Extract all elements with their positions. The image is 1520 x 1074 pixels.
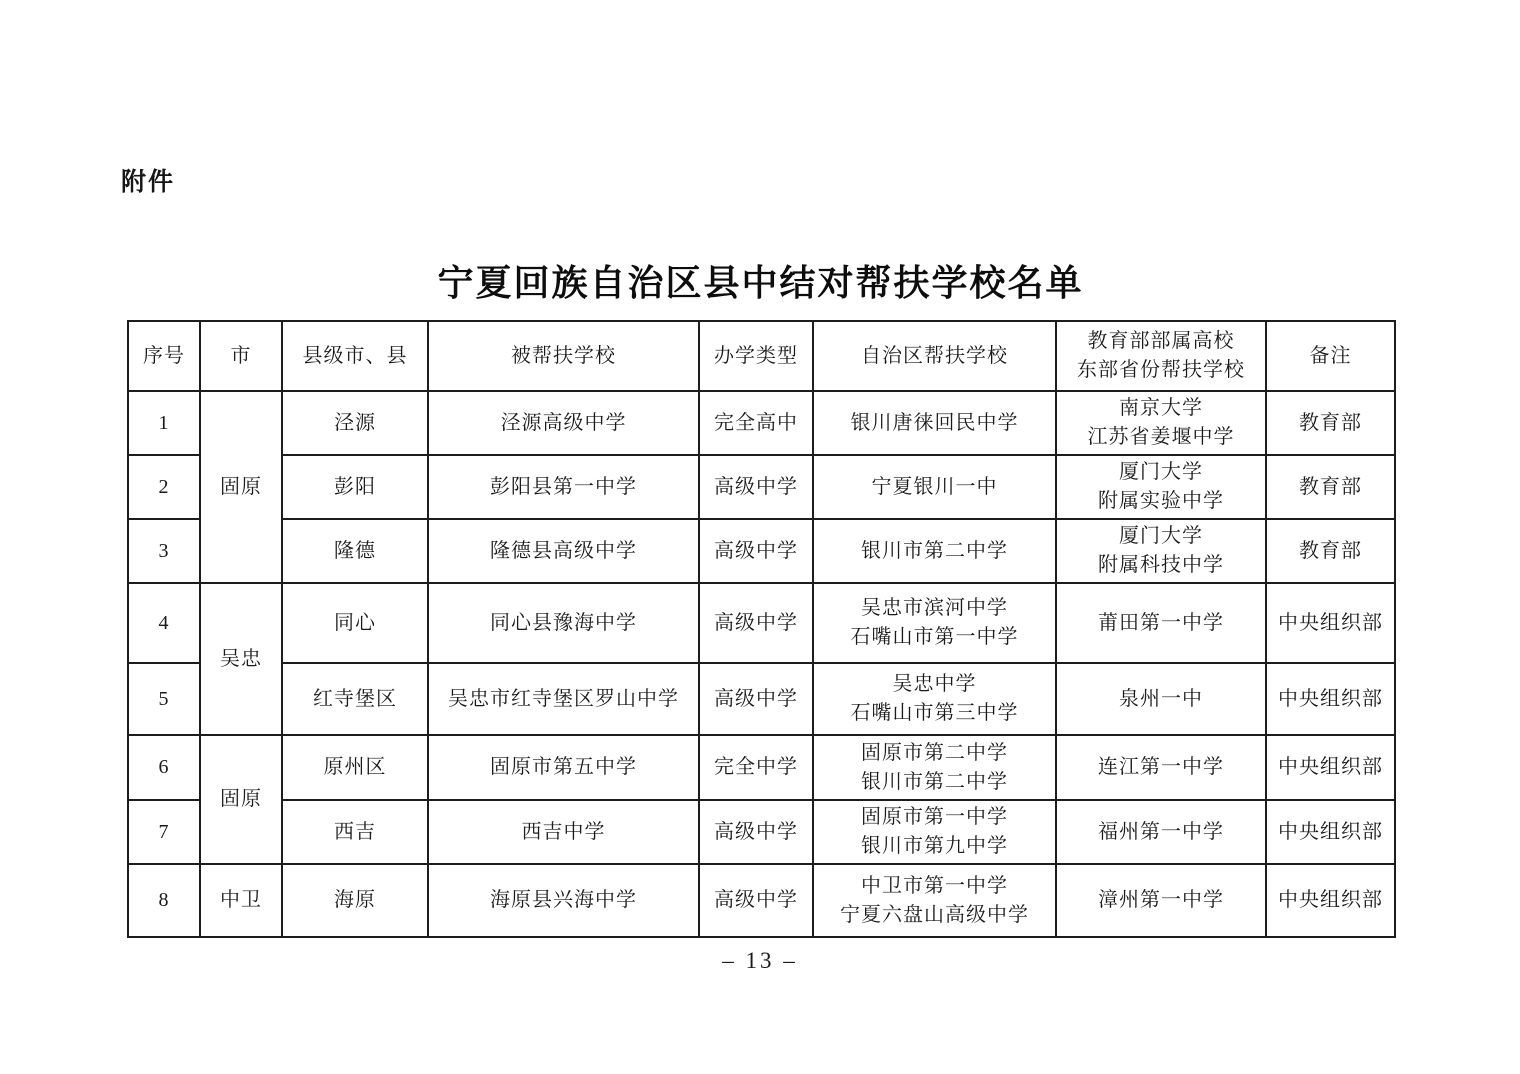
- cell-remark: 中央组织部: [1266, 663, 1395, 735]
- cell-city: 中卫: [200, 864, 282, 937]
- cell-county: 海原: [282, 864, 428, 937]
- cell-moe-eastern-helper-school: 莆田第一中学: [1056, 583, 1266, 663]
- cell-assisted-school: 泾源高级中学: [428, 391, 699, 455]
- cell-county: 西吉: [282, 800, 428, 864]
- table-row: 2 彭阳 彭阳县第一中学 高级中学 宁夏银川一中 厦门大学 附属实验中学 教育部: [128, 455, 1395, 519]
- cell-serial-number: 5: [128, 663, 200, 735]
- cell-remark: 中央组织部: [1266, 583, 1395, 663]
- cell-serial-number: 2: [128, 455, 200, 519]
- cell-county: 彭阳: [282, 455, 428, 519]
- cell-region-helper-school: 中卫市第一中学 宁夏六盘山高级中学: [813, 864, 1056, 937]
- table-row: 7 西吉 西吉中学 高级中学 固原市第一中学 银川市第九中学 福州第一中学 中央…: [128, 800, 1395, 864]
- cell-region-helper-school: 宁夏银川一中: [813, 455, 1056, 519]
- cell-county: 同心: [282, 583, 428, 663]
- cell-remark: 中央组织部: [1266, 800, 1395, 864]
- cell-serial-number: 1: [128, 391, 200, 455]
- col-header-city: 市: [200, 321, 282, 391]
- cell-region-helper-school: 固原市第一中学 银川市第九中学: [813, 800, 1056, 864]
- col-header-remark: 备注: [1266, 321, 1395, 391]
- cell-serial-number: 7: [128, 800, 200, 864]
- cell-moe-eastern-helper-school: 连江第一中学: [1056, 735, 1266, 800]
- table-row: 5 红寺堡区 吴忠市红寺堡区罗山中学 高级中学 吴忠中学 石嘴山市第三中学 泉州…: [128, 663, 1395, 735]
- col-header-moe-eastern-helper-school: 教育部部属高校 东部省份帮扶学校: [1056, 321, 1266, 391]
- cell-remark: 教育部: [1266, 391, 1395, 455]
- page-title: 宁夏回族自治区县中结对帮扶学校名单: [127, 255, 1394, 306]
- table-header-row: 序号 市 县级市、县 被帮扶学校 办学类型 自治区帮扶学校 教育部部属高校 东部…: [128, 321, 1395, 391]
- cell-city: 固原: [200, 391, 282, 583]
- cell-school-type: 高级中学: [699, 519, 813, 583]
- cell-serial-number: 4: [128, 583, 200, 663]
- cell-serial-number: 6: [128, 735, 200, 800]
- cell-region-helper-school: 吴忠中学 石嘴山市第三中学: [813, 663, 1056, 735]
- cell-moe-eastern-helper-school: 南京大学 江苏省姜堰中学: [1056, 391, 1266, 455]
- cell-moe-eastern-helper-school: 厦门大学 附属实验中学: [1056, 455, 1266, 519]
- table-row: 1 固原 泾源 泾源高级中学 完全高中 银川唐徕回民中学 南京大学 江苏省姜堰中…: [128, 391, 1395, 455]
- col-header-region-helper-school: 自治区帮扶学校: [813, 321, 1056, 391]
- cell-county: 泾源: [282, 391, 428, 455]
- pairing-table: 序号 市 县级市、县 被帮扶学校 办学类型 自治区帮扶学校 教育部部属高校 东部…: [127, 320, 1396, 938]
- cell-remark: 教育部: [1266, 519, 1395, 583]
- cell-county: 红寺堡区: [282, 663, 428, 735]
- cell-assisted-school: 海原县兴海中学: [428, 864, 699, 937]
- cell-county: 隆德: [282, 519, 428, 583]
- cell-school-type: 完全中学: [699, 735, 813, 800]
- cell-region-helper-school: 固原市第二中学 银川市第二中学: [813, 735, 1056, 800]
- cell-moe-eastern-helper-school: 泉州一中: [1056, 663, 1266, 735]
- cell-remark: 教育部: [1266, 455, 1395, 519]
- cell-assisted-school: 吴忠市红寺堡区罗山中学: [428, 663, 699, 735]
- cell-serial-number: 8: [128, 864, 200, 937]
- cell-region-helper-school: 银川市第二中学: [813, 519, 1056, 583]
- cell-assisted-school: 固原市第五中学: [428, 735, 699, 800]
- cell-county: 原州区: [282, 735, 428, 800]
- table-row: 4 吴忠 同心 同心县豫海中学 高级中学 吴忠市滨河中学 石嘴山市第一中学 莆田…: [128, 583, 1395, 663]
- table-row: 3 隆德 隆德县高级中学 高级中学 银川市第二中学 厦门大学 附属科技中学 教育…: [128, 519, 1395, 583]
- cell-city: 固原: [200, 735, 282, 864]
- cell-school-type: 完全高中: [699, 391, 813, 455]
- cell-assisted-school: 西吉中学: [428, 800, 699, 864]
- cell-school-type: 高级中学: [699, 455, 813, 519]
- cell-assisted-school: 同心县豫海中学: [428, 583, 699, 663]
- document-page: 附件 宁夏回族自治区县中结对帮扶学校名单 序号 市 县级市、县 被帮扶学校 办学…: [0, 0, 1520, 1074]
- cell-moe-eastern-helper-school: 福州第一中学: [1056, 800, 1266, 864]
- table-row: 8 中卫 海原 海原县兴海中学 高级中学 中卫市第一中学 宁夏六盘山高级中学 漳…: [128, 864, 1395, 937]
- cell-school-type: 高级中学: [699, 583, 813, 663]
- cell-school-type: 高级中学: [699, 663, 813, 735]
- cell-city: 吴忠: [200, 583, 282, 735]
- cell-remark: 中央组织部: [1266, 864, 1395, 937]
- col-header-county: 县级市、县: [282, 321, 428, 391]
- page-number: – 13 –: [0, 948, 1520, 974]
- attachment-label: 附件: [121, 162, 175, 198]
- cell-assisted-school: 彭阳县第一中学: [428, 455, 699, 519]
- cell-school-type: 高级中学: [699, 800, 813, 864]
- cell-assisted-school: 隆德县高级中学: [428, 519, 699, 583]
- cell-school-type: 高级中学: [699, 864, 813, 937]
- cell-region-helper-school: 银川唐徕回民中学: [813, 391, 1056, 455]
- cell-remark: 中央组织部: [1266, 735, 1395, 800]
- col-header-school-type: 办学类型: [699, 321, 813, 391]
- col-header-serial-number: 序号: [128, 321, 200, 391]
- table-row: 6 固原 原州区 固原市第五中学 完全中学 固原市第二中学 银川市第二中学 连江…: [128, 735, 1395, 800]
- cell-moe-eastern-helper-school: 厦门大学 附属科技中学: [1056, 519, 1266, 583]
- col-header-assisted-school: 被帮扶学校: [428, 321, 699, 391]
- cell-moe-eastern-helper-school: 漳州第一中学: [1056, 864, 1266, 937]
- cell-serial-number: 3: [128, 519, 200, 583]
- cell-region-helper-school: 吴忠市滨河中学 石嘴山市第一中学: [813, 583, 1056, 663]
